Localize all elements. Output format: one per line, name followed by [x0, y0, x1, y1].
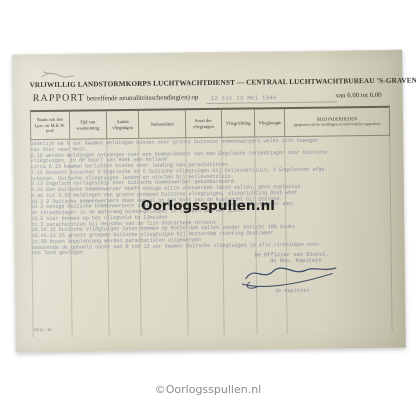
document-title: VRIJWILLIG LANDSTORMKORPS LUCHTWACHTDIEN… — [30, 77, 390, 89]
table-header-row: Naam van den Lpw. en M.K.W. post Tijd va… — [30, 106, 390, 140]
table-header-cell: Naam van den Lpw. en M.K.W. post — [31, 112, 70, 139]
report-date-stamp: 12 tot 13 Mei 1940 — [211, 94, 277, 102]
column-label: Vlieghoogte — [258, 120, 281, 126]
report-description: betreffende neutraliteitsschending(en) o… — [87, 94, 199, 102]
report-label: RAPPORT — [33, 93, 85, 105]
watermark-bottom: ©Oorlogsspullen.nl — [155, 383, 261, 396]
table-header-cell: Nationaliteit — [139, 110, 186, 138]
table-header-cell: Tijd van waarneming — [70, 111, 107, 138]
column-label: Nationaliteit — [151, 121, 174, 127]
column-label: Naam van den Lpw. en M.K.W. post — [32, 117, 68, 134]
table-header-cell: Vlieghoogte — [255, 109, 285, 136]
column-sublabel: (gegevens uit de meldingen en telefonisc… — [294, 122, 381, 128]
report-subtitle: RAPPORT betreffende neutraliteitsschendi… — [30, 88, 390, 108]
form-print-code: 28112 - '40 — [34, 327, 52, 332]
table-header-cell: BIJZONDERHEDEN (gegevens uit de meldinge… — [285, 108, 389, 136]
table-header-cell: Soort der vliegtuigen — [186, 110, 222, 137]
date-fill-line — [207, 101, 337, 104]
photo-background: VRIJWILLIG LANDSTORMKORPS LUCHTWACHTDIEN… — [0, 0, 416, 416]
report-time-range: van 6.00 tot 6.00 — [336, 92, 382, 100]
table-header-cell: Vliegrichting — [222, 109, 256, 136]
signature-block: De Officier van Dienst, de Res. Kapitein… — [227, 251, 357, 265]
table-header-cell: Aantal vliegtuigen — [106, 111, 139, 138]
column-label: Tijd van waarneming — [71, 119, 105, 130]
column-label: Aantal vliegtuigen — [108, 119, 138, 130]
column-label: Vliegrichting — [226, 120, 251, 126]
column-label: Soort der vliegtuigen — [187, 118, 220, 129]
watermark-center: Oorlogsspullen.nl — [141, 198, 275, 214]
